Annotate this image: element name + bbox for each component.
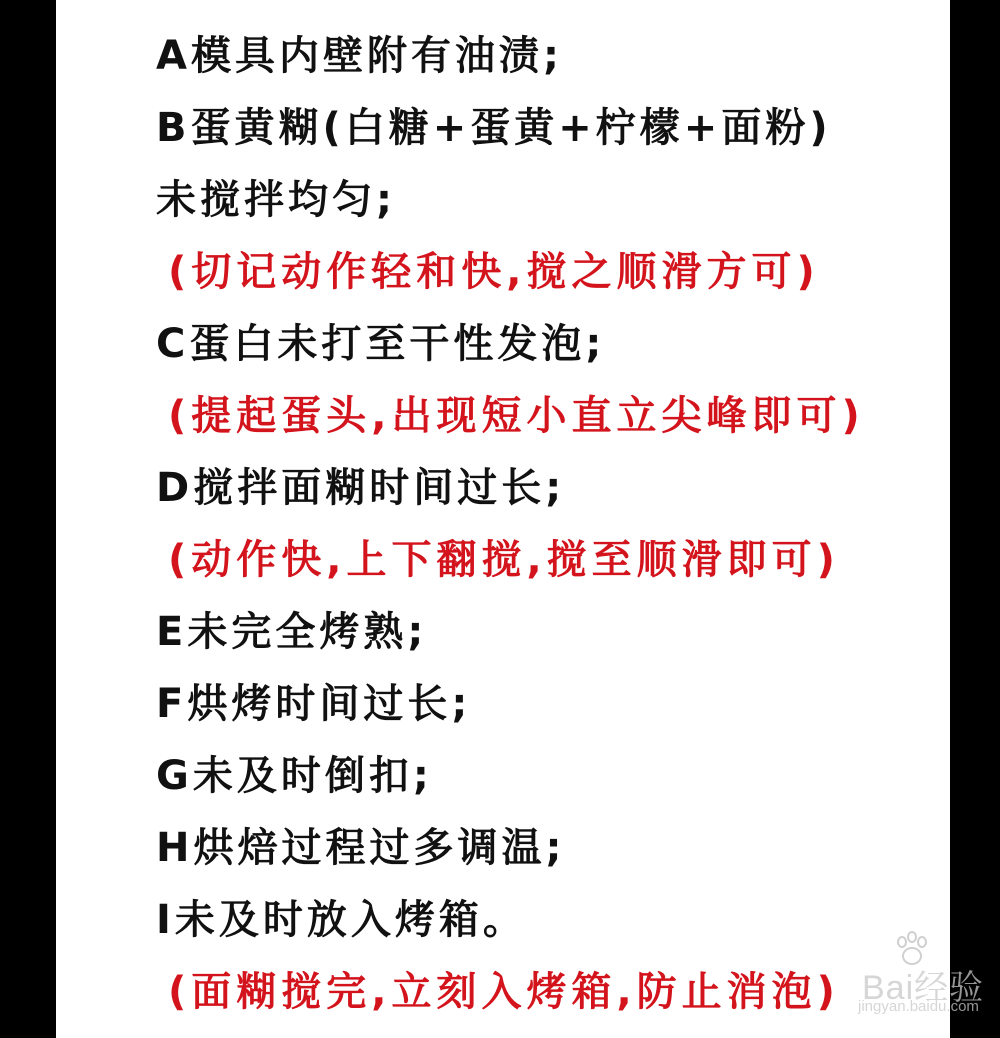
item-b: B蛋黄糊(白糖+蛋黄+柠檬+面粉) [156, 92, 996, 164]
note-d: (动作快,上下翻搅,搅至顺滑即可) [156, 524, 996, 596]
item-h: H烘焙过程过多调温; [156, 812, 996, 884]
item-b-continued: 未搅拌均匀; [156, 164, 996, 236]
item-f: F烘烤时间过长; [156, 668, 996, 740]
item-a: A模具内壁附有油渍; [156, 20, 996, 92]
content-panel: A模具内壁附有油渍; B蛋黄糊(白糖+蛋黄+柠檬+面粉) 未搅拌均匀; (切记动… [56, 0, 950, 1038]
item-c: C蛋白未打至干性发泡; [156, 308, 996, 380]
text-lines: A模具内壁附有油渍; B蛋黄糊(白糖+蛋黄+柠檬+面粉) 未搅拌均匀; (切记动… [156, 20, 996, 1028]
item-g: G未及时倒扣; [156, 740, 996, 812]
item-e: E未完全烤熟; [156, 596, 996, 668]
item-i: I未及时放入烤箱。 [156, 884, 996, 956]
note-c: (提起蛋头,出现短小直立尖峰即可) [156, 380, 996, 452]
item-d: D搅拌面糊时间过长; [156, 452, 996, 524]
note-b: (切记动作轻和快,搅之顺滑方可) [156, 236, 996, 308]
note-i: (面糊搅完,立刻入烤箱,防止消泡) [156, 956, 996, 1028]
